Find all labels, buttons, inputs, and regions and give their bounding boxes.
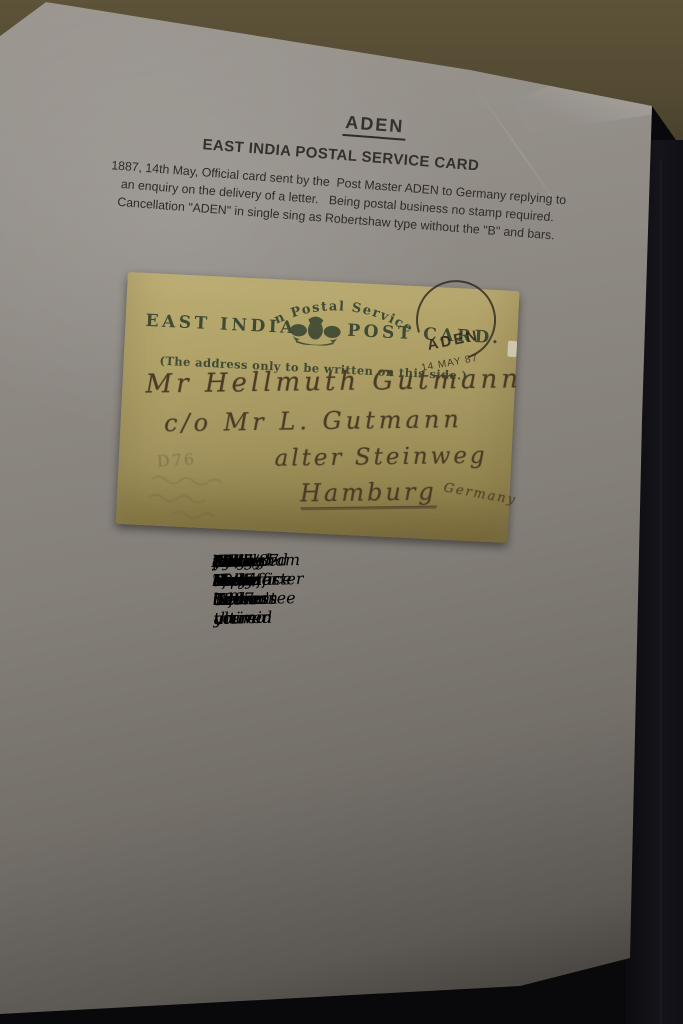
letter-signature-sub: pro Postmaster: [212, 550, 304, 590]
exhibit-page: ADEN EAST INDIA POSTAL SERVICE CARD 1887…: [0, 0, 683, 1024]
address-line: alter Steinweg: [274, 443, 487, 472]
address-line-country: Germany: [442, 480, 518, 508]
pencil-note: D76: [156, 450, 196, 471]
address-line: c/o Mr L. Gutmann: [164, 405, 463, 437]
album-seam-line: [660, 160, 662, 1024]
royal-crest-icon: [285, 312, 346, 347]
postmaster-letter: No 1287/ 1887/87 Aden Postoffice 14th Ma…: [212, 546, 474, 950]
page-title: ADEN: [342, 112, 407, 141]
postcard-edge-chip: [507, 341, 517, 357]
address-line: Mr Hellmuth Gutmann: [145, 364, 522, 399]
pencil-scribble-icon: [146, 469, 279, 531]
postcard: On Postal Service, EAST INDIA POST CARD.…: [116, 272, 520, 543]
photo-frame: ADEN EAST INDIA POSTAL SERVICE CARD 1887…: [0, 0, 683, 1024]
address-line-city: Hamburg: [300, 478, 437, 509]
